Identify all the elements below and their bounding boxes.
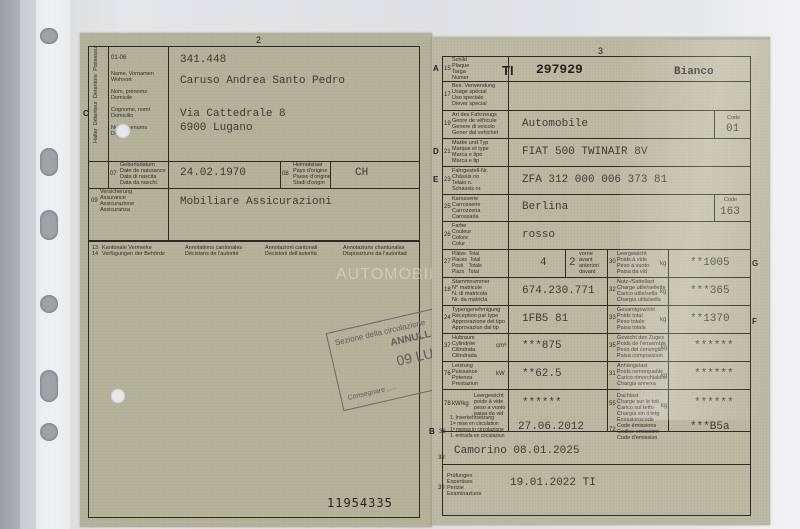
section-letter: D: [433, 147, 439, 156]
page-number: 2: [256, 35, 261, 45]
trailer-load-value: ******: [694, 368, 734, 380]
holder-side-label: Halter Détenteur Detentore Possessur: [93, 45, 99, 143]
first-registration-date: 27.06.2012: [518, 421, 584, 433]
chassis-label: Fahrgestell-Nr. Châssis no Telaio n. Sch…: [452, 168, 488, 192]
section-letter-c: C: [83, 109, 89, 118]
payload-value: ***365: [690, 285, 730, 297]
holder-name: Caruso Andrea Santo Pedro: [180, 75, 345, 87]
field-code: 08: [282, 171, 289, 177]
field-code: 26: [444, 232, 451, 238]
field-code: 78: [444, 401, 451, 407]
section-letter: G: [752, 259, 758, 268]
chassis-number: ZFA 312 000 006 373 81: [522, 174, 667, 186]
vehicle-type-label: Art des Fahrzeugs Genre de véhicule Gene…: [452, 112, 498, 136]
field-code: 27: [444, 259, 451, 265]
field-code: 39: [438, 485, 445, 491]
displacement-value: ***875: [522, 340, 562, 352]
field-code: 18: [444, 287, 451, 293]
cantonal-notes-de: Kantonale Vermerke Verfügungen der Behör…: [102, 245, 165, 257]
power-ratio-label: Leergewicht poids à vide peso a vuoto pa…: [474, 393, 506, 417]
empty-weight-label: Leergewicht Poids à vide Peso a vuoto Pa…: [617, 251, 649, 275]
emission-code-label: Emissionscode Code émissions Codice emis…: [617, 417, 659, 441]
punched-hole: [110, 388, 126, 404]
field-code: 25: [444, 204, 451, 210]
master-number-label: Stammnummer N° matricule N. di matricola…: [452, 279, 490, 303]
punch-hole: [40, 370, 58, 402]
field-code: 32: [609, 287, 616, 293]
field-code: 76: [444, 371, 451, 377]
emission-code-value: ***B5a: [690, 421, 730, 433]
punch-hole: [40, 295, 58, 313]
field-code: 37: [444, 343, 451, 349]
field-code: 17: [444, 92, 451, 98]
field-code: 09: [91, 198, 98, 204]
field-code: 13 14: [92, 245, 98, 257]
unit-label: kg: [661, 373, 667, 379]
seats-label: Plätze Total Places Total Posti Totale P…: [452, 251, 482, 275]
power-value: **62.5: [522, 368, 562, 380]
empty-weight-value: **1005: [690, 257, 730, 269]
section-letter: B: [429, 427, 435, 436]
punch-hole: [40, 210, 58, 240]
inspection-label: Prüfungen Expertises Perizie Examinaziun…: [447, 473, 481, 497]
field-code: 24: [444, 315, 451, 321]
page-number: 3: [598, 46, 603, 56]
roof-load-label: Dachlast Charge sur le toit Carico sul t…: [617, 393, 660, 417]
plate-color: Bianco: [674, 66, 714, 78]
special-use-label: Bes. Verwendung Usage spécial Uso specia…: [452, 83, 495, 107]
seats-front: 2: [569, 257, 576, 269]
power-label: Leistung Puissance Potenza Prestaziun: [452, 363, 478, 387]
inspection-date: 19.01.2022 TI: [510, 477, 596, 489]
cantonal-notes-rm: Annotaziuns chantunalas Disposiziuns da …: [343, 245, 407, 257]
cantonal-notes-it: Annotazioni cantonali Decisioni dell'aut…: [265, 245, 317, 257]
issue-place-date: Camorino 08.01.2025: [454, 445, 579, 457]
total-weight-label: Gesamtgewicht Poids total Peso totale Pa…: [617, 307, 655, 331]
colour-label: Farbe Couleur Colore Colur: [452, 223, 471, 247]
field-code: 33: [609, 315, 616, 321]
document-serial-number: 11954335: [327, 496, 393, 510]
type-approval-value: 1FB5 81: [522, 313, 568, 325]
field-code: 36: [439, 429, 446, 435]
holder-insurance: Mobiliare Assicurazioni: [180, 196, 332, 208]
field-code: 55: [609, 401, 616, 407]
section-letter: F: [752, 317, 757, 326]
unit-label: kW: [496, 371, 505, 377]
sleeve-binding-strip: [36, 0, 70, 529]
field-code: 21: [444, 149, 451, 155]
train-weight-label: Gewicht des Zuges Poids de l'ensemble Pe…: [617, 335, 666, 359]
punched-hole: [115, 123, 131, 139]
dob-label: Geburtsdatum Date de naissance Data di n…: [120, 162, 166, 186]
make-model-label: Marke und Typ Marque et type Marca e tip…: [452, 140, 489, 164]
plate-canton: TI: [502, 63, 514, 78]
punch-hole: [40, 28, 58, 44]
master-number: 674.230.771: [522, 285, 595, 297]
unit-label: kg: [661, 345, 667, 351]
trailer-load-label: Anhängelast Poids remorquable Carico rim…: [617, 363, 666, 387]
make-model-value: FIAT 500 TWINAIR 8V: [522, 146, 647, 158]
field-code: 15: [444, 66, 451, 72]
holder-address-street: Via Cattedrale 8: [180, 108, 286, 120]
vehicle-type-code: 01: [726, 123, 739, 135]
first-registration-label: 1. Inverkehrsetzung 1ʳᵉ mise en circulat…: [450, 415, 504, 439]
unit-label: kg: [660, 289, 666, 295]
holder-country-of-origin: CH: [355, 167, 368, 179]
holder-address-city: 6900 Lugano: [180, 122, 253, 134]
holder-id-number: 341.448: [180, 54, 226, 66]
field-code: 01-06: [111, 55, 126, 61]
plate-label: Schild Plaque Targa Numer: [452, 57, 469, 81]
unit-label: kW/kg: [452, 401, 469, 407]
registration-page-right: 3 A 15 Schild Plaque Targa Numer TI 2979…: [432, 37, 770, 525]
unit-label: cm³: [496, 343, 506, 349]
body-code: 163: [720, 206, 740, 218]
field-code: 30: [609, 259, 616, 265]
plate-number: 297929: [536, 62, 583, 77]
holder-date-of-birth: 24.02.1970: [180, 167, 246, 179]
seats-front-label: vorne avant anteriori davant: [579, 251, 599, 275]
power-ratio-value: ******: [522, 397, 562, 409]
total-weight-value: **1370: [690, 313, 730, 325]
seats-total: 4: [540, 257, 547, 269]
roof-load-value: ******: [694, 397, 734, 409]
type-approval-label: Typengenehmigung Réception par type Appr…: [452, 307, 505, 331]
colour-value: rosso: [522, 229, 555, 241]
field-code: 07: [110, 171, 117, 177]
punch-hole: [40, 148, 58, 176]
payload-label: Nutz-/Sattellast Charge utile/sellette C…: [617, 279, 666, 303]
vehicle-type-value: Automobile: [522, 118, 588, 130]
section-letter: E: [433, 175, 438, 184]
code-label: Code: [724, 197, 737, 203]
section-letter: A: [433, 64, 439, 73]
punch-hole: [40, 423, 58, 441]
insurance-label: Versicherung Assurance Assicurazione Ass…: [100, 189, 134, 213]
unit-label: kg: [661, 403, 667, 409]
origin-label: Heimatstaat Pays d'origine Paese d'origi…: [293, 162, 331, 186]
field-code: 23: [444, 177, 451, 183]
field-code: 72: [609, 427, 616, 433]
body-value: Berlina: [522, 201, 568, 213]
stamp-footer: Consegnare .....: [347, 384, 397, 402]
body-label: Karosserie Carrosserie Carrozzeria Caros…: [452, 196, 480, 220]
field-code: 31: [609, 371, 616, 377]
field-code: 19: [444, 121, 451, 127]
displacement-label: Hubraum Cylindrée Cilindrata Cilindrada: [452, 335, 477, 359]
field-code: 38: [438, 455, 445, 461]
code-label: Code: [727, 115, 740, 121]
train-weight-value: ******: [694, 340, 734, 352]
unit-label: kg: [660, 261, 666, 267]
cantonal-notes-fr: Annotations cantonales Décisions de l'au…: [185, 245, 242, 257]
field-code: 35: [609, 343, 616, 349]
unit-label: kg: [660, 317, 666, 323]
